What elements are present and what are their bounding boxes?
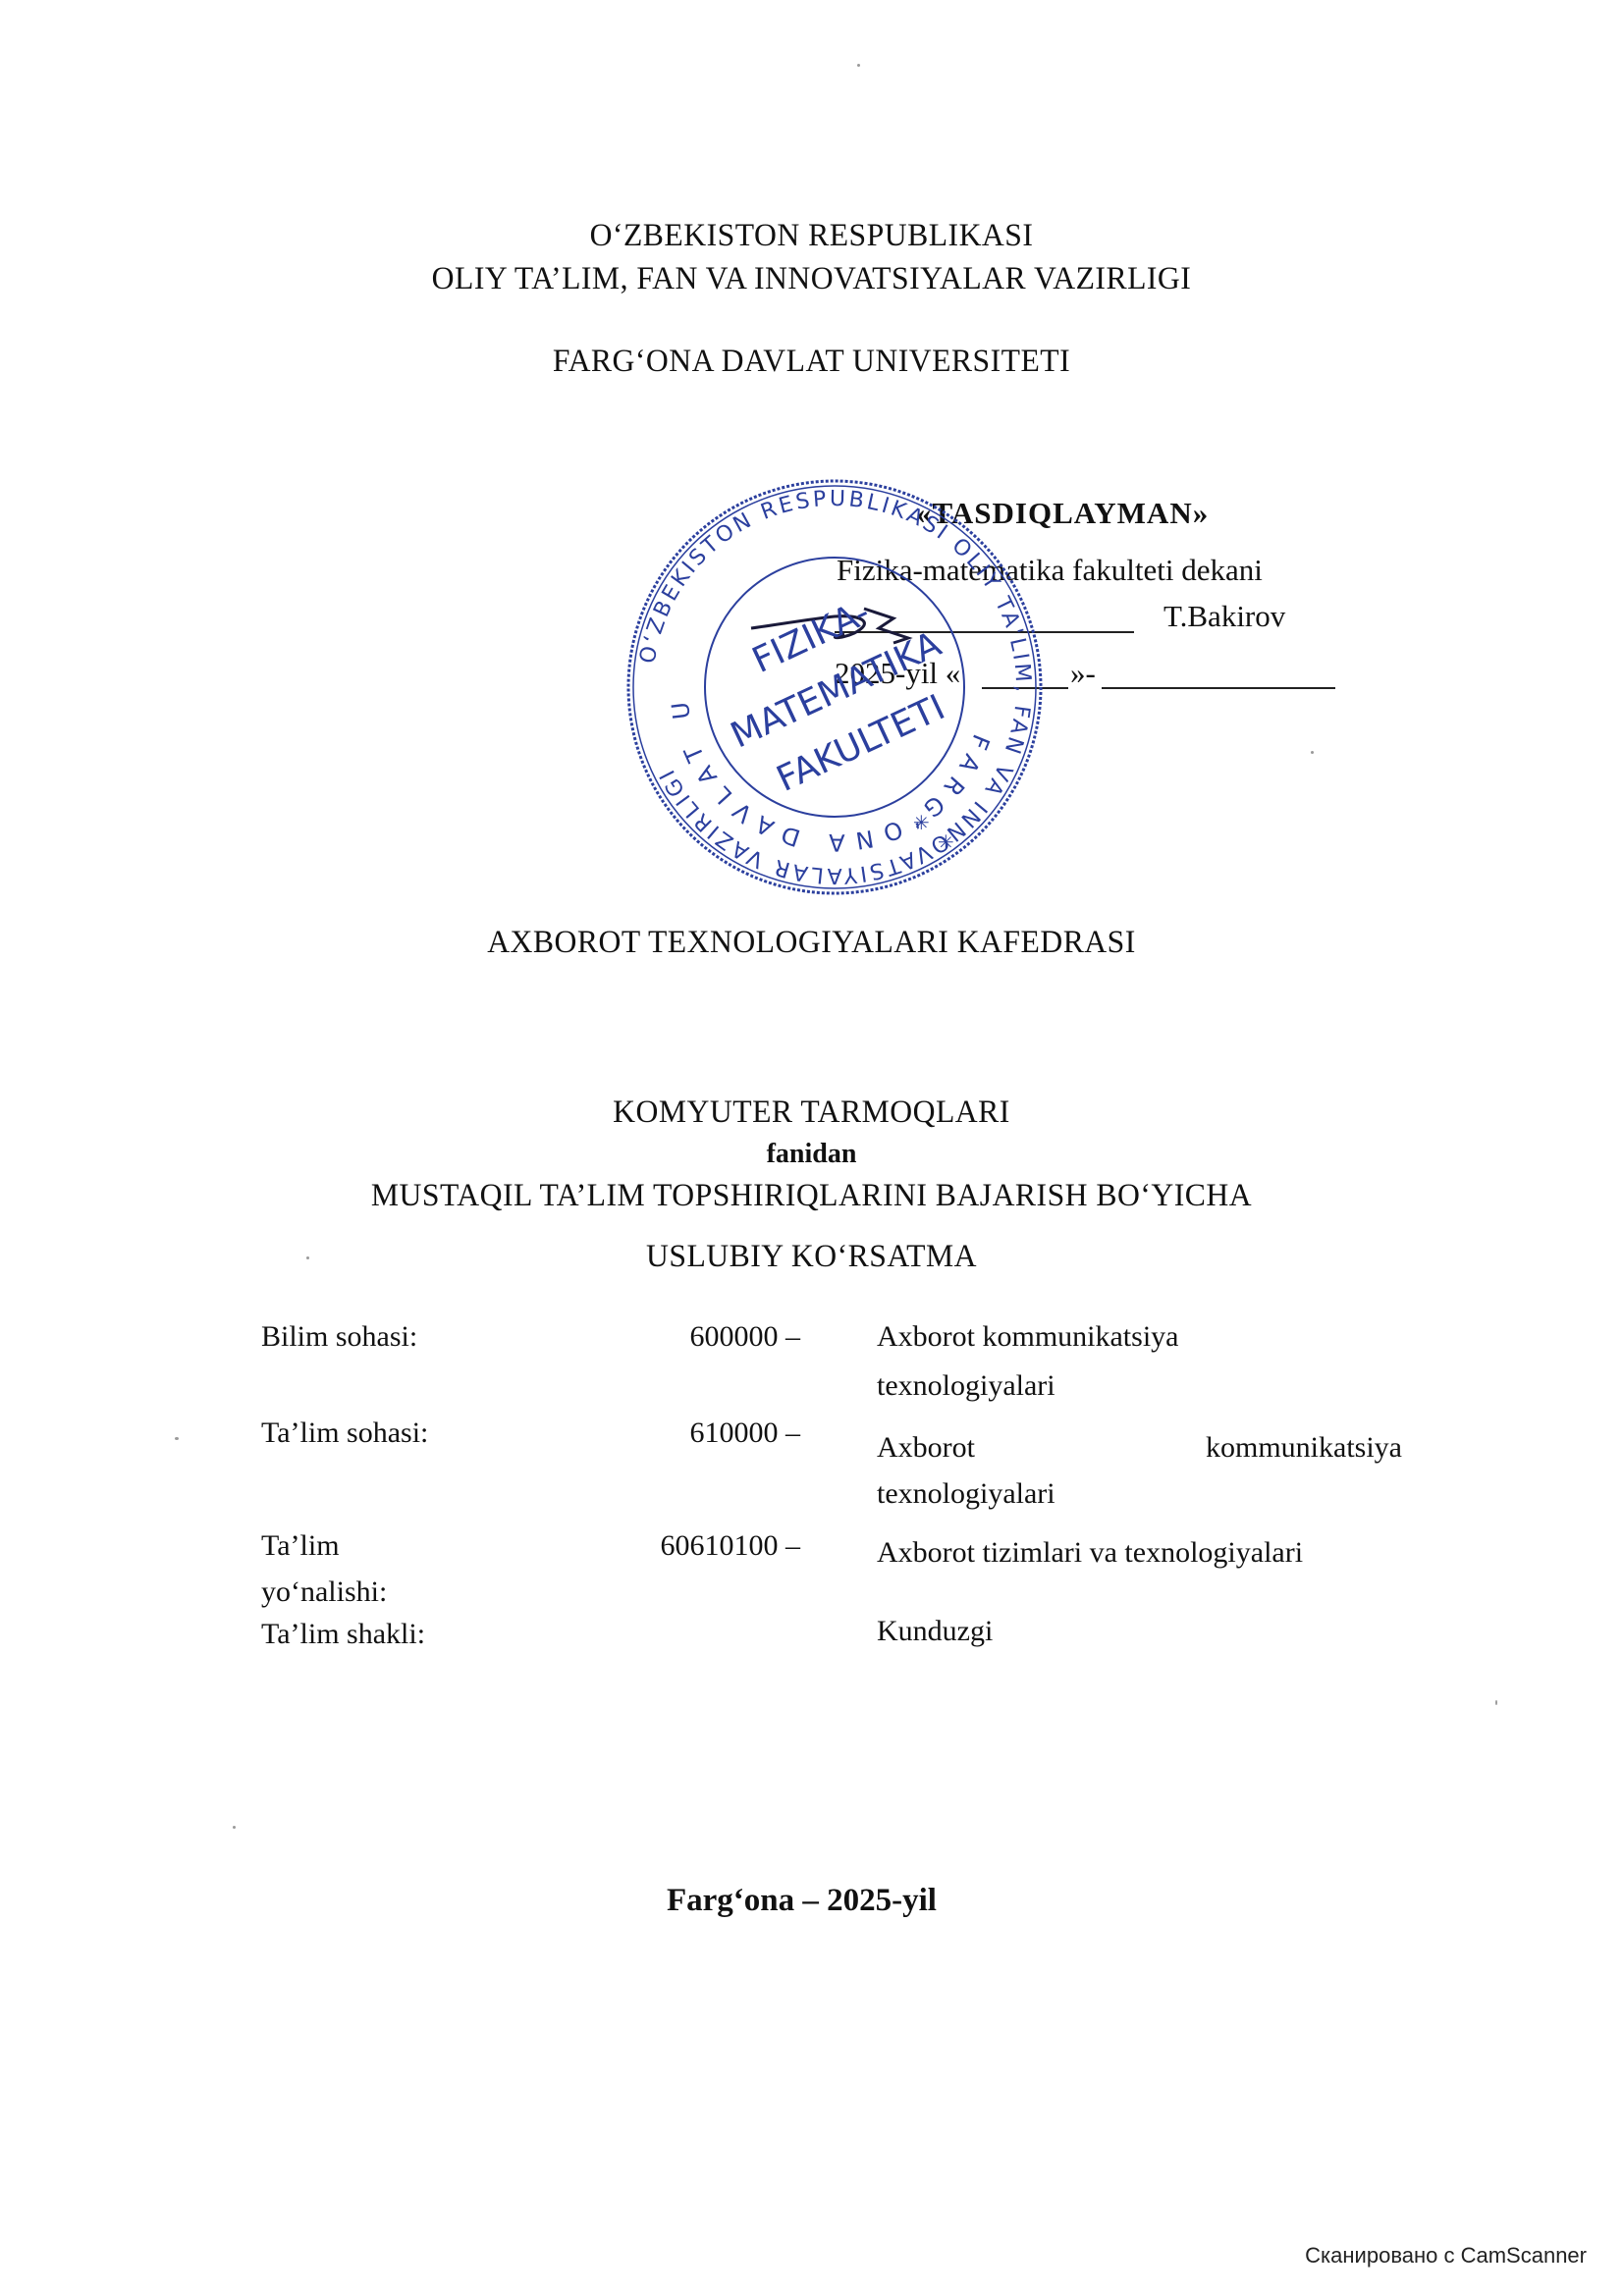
info-value-bilim-1: Axborot kommunikatsiya bbox=[877, 1320, 1178, 1354]
ministry-name: OLIY TA’LIM, FAN VA INNOVATSIYALAR VAZIR… bbox=[32, 261, 1591, 297]
university-name: FARG‘ONA DAVLAT UNIVERSITETI bbox=[32, 344, 1591, 380]
approval-name: T.Bakirov bbox=[1163, 599, 1285, 634]
info-value-bilim-2: texnologiyalari bbox=[877, 1369, 1055, 1403]
scan-speck bbox=[175, 1437, 179, 1440]
document-title-line1: MUSTAQIL TA’LIM TOPSHIRIQLARINI BAJARISH… bbox=[32, 1178, 1591, 1214]
info-label-yonalish-2: yo‘nalishi: bbox=[261, 1575, 387, 1609]
info-value-yonalish: Axborot tizimlari va texnologiyalari bbox=[877, 1536, 1303, 1570]
info-value-word2: kommunikatsiya bbox=[1206, 1431, 1402, 1465]
svg-text:✳: ✳ bbox=[913, 811, 930, 834]
info-label-talim-sohasi: Ta’lim sohasi: bbox=[261, 1416, 428, 1450]
info-label-bilim: Bilim sohasi: bbox=[261, 1320, 417, 1354]
subject-name: KOMYUTER TARMOQLARI bbox=[32, 1095, 1591, 1131]
scan-speck bbox=[1311, 751, 1314, 754]
faculty-stamp: O‘ZBEKISTON RESPUBLIKASI OLIY TA'LIM, FA… bbox=[619, 471, 1051, 903]
footer-city-year: Farg‘ona – 2025-yil bbox=[0, 1883, 1613, 1919]
document-title-line2: USLUBIY KO‘RSATMA bbox=[32, 1239, 1591, 1275]
date-month-line bbox=[1102, 687, 1335, 689]
scanner-watermark: Сканировано с CamScanner bbox=[1305, 2243, 1587, 2269]
subject-from: fanidan bbox=[0, 1139, 1623, 1170]
department-name: AXBOROT TEXNOLOGIYALARI KAFEDRASI bbox=[32, 925, 1591, 961]
info-label-yonalish-1: Ta’lim bbox=[261, 1529, 340, 1563]
info-value-word1: Axborot bbox=[877, 1431, 975, 1465]
scan-speck bbox=[1495, 1700, 1497, 1705]
info-code-talim-sohasi: 610000 – bbox=[584, 1416, 800, 1450]
svg-text:✳: ✳ bbox=[938, 830, 954, 854]
info-label-shakli: Ta’lim shakli: bbox=[261, 1618, 425, 1651]
scan-speck bbox=[306, 1256, 309, 1259]
approval-date-close: »- bbox=[1070, 656, 1096, 691]
scan-speck bbox=[857, 64, 860, 67]
scan-speck bbox=[233, 1826, 236, 1829]
info-value-talim-sohasi-2: texnologiyalari bbox=[877, 1477, 1055, 1511]
info-code-yonalish: 60610100 – bbox=[584, 1529, 800, 1563]
info-code-bilim: 600000 – bbox=[584, 1320, 800, 1354]
ministry-country: O‘ZBEKISTON RESPUBLIKASI bbox=[32, 218, 1591, 254]
info-value-shakli: Kunduzgi bbox=[877, 1615, 993, 1648]
info-value-talim-sohasi-1: Axborot kommunikatsiya bbox=[877, 1431, 1402, 1465]
